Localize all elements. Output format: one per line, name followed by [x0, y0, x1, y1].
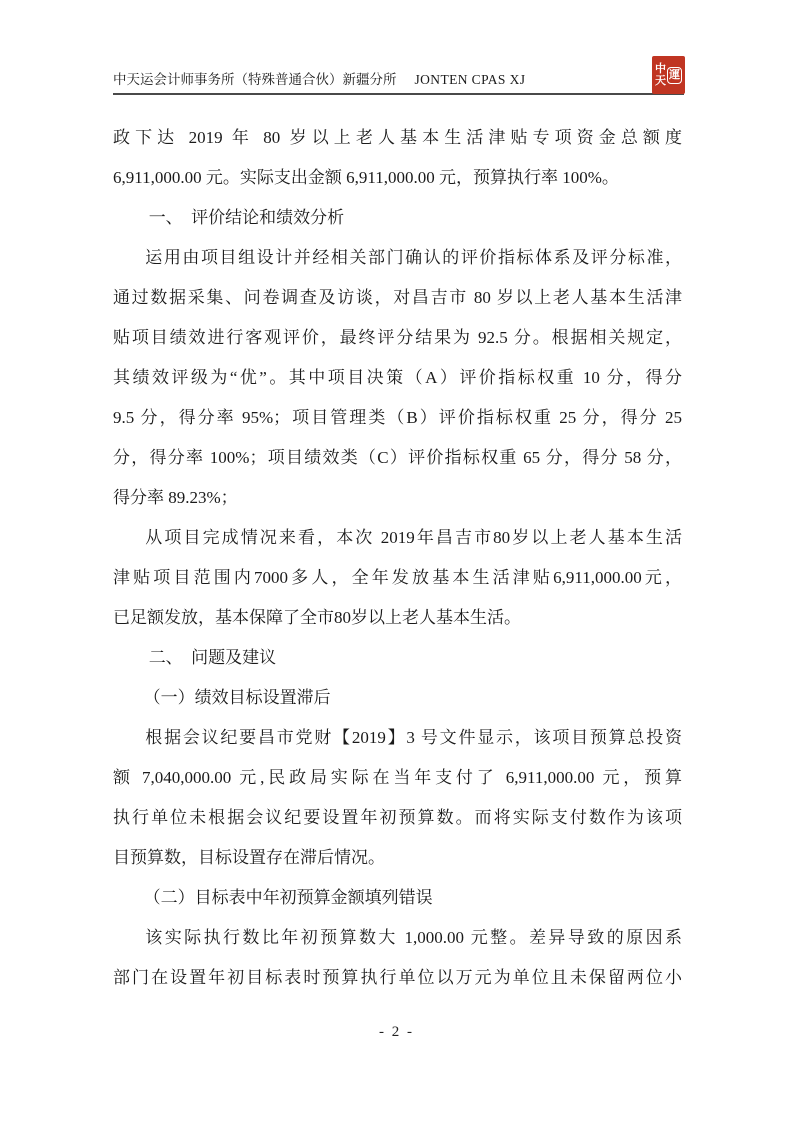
paragraph-line: 贴项目绩效进行客观评价，最终评分结果为 92.5 分。根据相关规定， — [113, 318, 682, 358]
page-footer: - 2 - — [0, 1024, 793, 1041]
page-header: 中天运会计师事务所（特殊普通合伙）新疆分所JONTEN CPAS XJ — [113, 71, 684, 95]
heading-line: 二、 问题及建议 — [113, 638, 682, 678]
paragraph-line: 从项目完成情况来看，本次 2019年昌吉市80岁以上老人基本生活 — [113, 518, 682, 558]
seal-char-right: 運 — [667, 67, 682, 84]
page-number: - 2 - — [379, 1024, 414, 1040]
paragraph-line: 执行单位未根据会议纪要设置年初预算数。而将实际支付数作为该项 — [113, 798, 682, 838]
seal-char-bottom-left: 天 — [655, 75, 666, 87]
paragraph-line: 6,911,000.00 元。实际支出金额 6,911,000.00 元，预算执… — [113, 158, 682, 198]
paragraph-line: 其绩效评级为“优”。其中项目决策（A）评价指标权重 10 分，得分 — [113, 358, 682, 398]
paragraph-line: 9.5 分，得分率 95%；项目管理类（B）评价指标权重 25 分，得分 25 — [113, 398, 682, 438]
seal-left-column: 中 天 — [655, 63, 666, 87]
page: 中天运会计师事务所（特殊普通合伙）新疆分所JONTEN CPAS XJ 中 天 … — [0, 0, 793, 1122]
firm-name-en: JONTEN CPAS XJ — [415, 72, 526, 87]
paragraph-line: 得分率 89.23%； — [113, 478, 682, 518]
heading-line: 一、 评价结论和绩效分析 — [113, 198, 682, 238]
paragraph-line: 运用由项目组设计并经相关部门确认的评价指标体系及评分标准， — [113, 238, 682, 278]
paragraph-line: 分，得分率 100%；项目绩效类（C）评价指标权重 65 分，得分 58 分， — [113, 438, 682, 478]
document-body: 政下达 2019 年 80 岁以上老人基本生活津贴专项资金总额度6,911,00… — [113, 118, 682, 998]
paragraph-line: 额 7,040,000.00 元,民政局实际在当年支付了 6,911,000.0… — [113, 758, 682, 798]
subheading-line: （二）目标表中年初预算金额填列错误 — [113, 878, 682, 918]
paragraph-line: 政下达 2019 年 80 岁以上老人基本生活津贴专项资金总额度 — [113, 118, 682, 158]
paragraph-line: 根据会议纪要昌市党财【2019】3 号文件显示，该项目预算总投资 — [113, 718, 682, 758]
paragraph-line: 通过数据采集、问卷调查及访谈，对昌吉市 80 岁以上老人基本生活津 — [113, 278, 682, 318]
paragraph-line: 津贴项目范围内7000多人，全年发放基本生活津贴6,911,000.00元， — [113, 558, 682, 598]
subheading-line: （一）绩效目标设置滞后 — [113, 678, 682, 718]
paragraph-line: 目预算数，目标设置存在滞后情况。 — [113, 838, 682, 878]
firm-name-cn: 中天运会计师事务所（特殊普通合伙）新疆分所 — [113, 72, 397, 87]
company-seal-icon: 中 天 運 — [652, 56, 685, 94]
seal-char-top-left: 中 — [655, 63, 666, 75]
paragraph-line: 已足额发放，基本保障了全市80岁以上老人基本生活。 — [113, 598, 682, 638]
paragraph-line: 该实际执行数比年初预算数大 1,000.00 元整。差异导致的原因系 — [113, 918, 682, 958]
paragraph-line: 部门在设置年初目标表时预算执行单位以万元为单位且未保留两位小 — [113, 958, 682, 998]
